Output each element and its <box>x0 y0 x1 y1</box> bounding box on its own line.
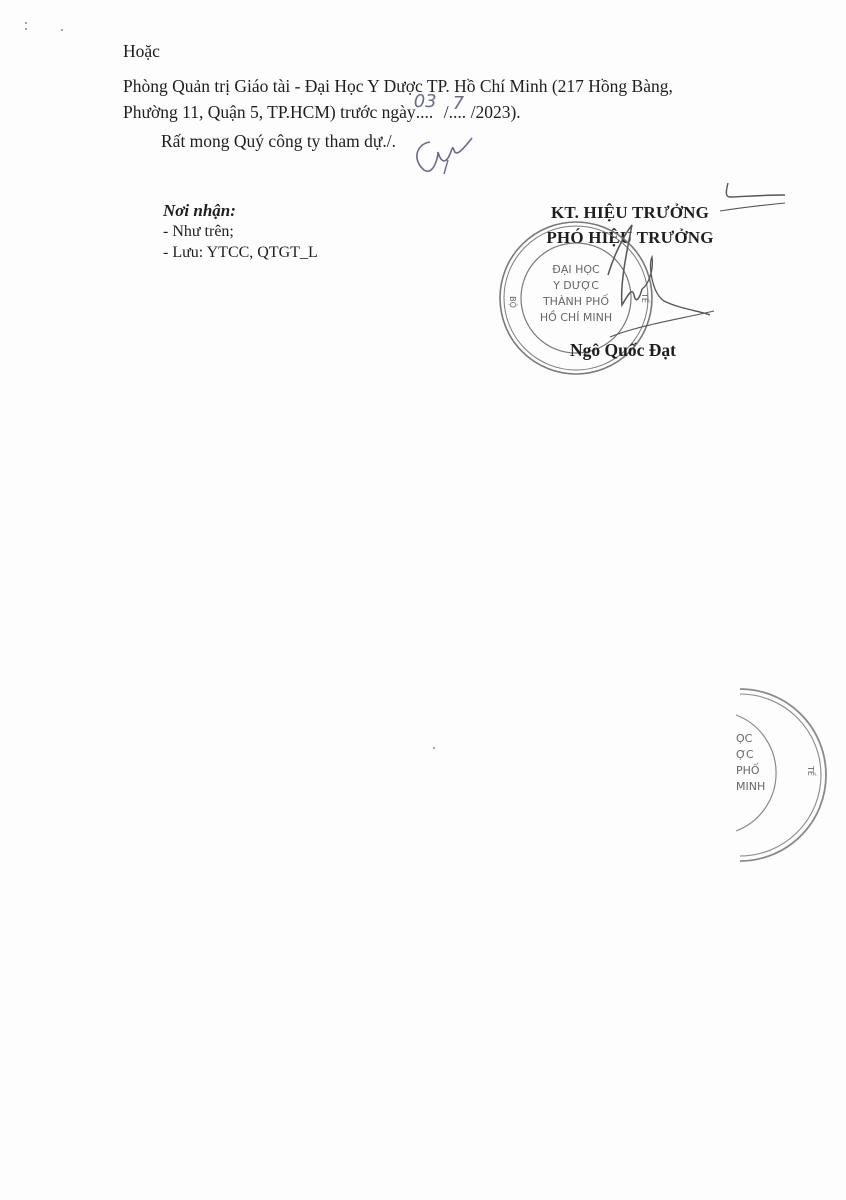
recipients-block: Nơi nhận: - Như trên; - Lưu: YTCC, QTGT_… <box>163 200 318 263</box>
partial-stamp-line: ỢC <box>736 748 754 761</box>
recipient-item: - Như trên; <box>163 221 318 242</box>
partial-stamp-right-mark: TẾ <box>806 765 817 777</box>
handwritten-signature <box>580 175 790 355</box>
partial-stamp-line: MINH <box>736 780 765 793</box>
recipient-item: - Lưu: YTCC, QTGT_L <box>163 242 318 263</box>
partial-stamp-line: PHỐ <box>736 763 760 777</box>
handwritten-day: 03 <box>414 89 437 115</box>
para-or: Hoặc <box>123 38 160 64</box>
deadline-date: ..03../..7../2023 <box>416 102 511 122</box>
address-line2-suffix: ). <box>510 102 520 122</box>
initial-signature-mark <box>408 130 478 180</box>
signer-name: Ngô Quốc Đạt <box>570 340 676 361</box>
deadline-year: 2023 <box>475 102 510 122</box>
handwritten-month: 7 <box>453 91 464 117</box>
para-address-line1: Phòng Quản trị Giáo tài - Đại Học Y Dược… <box>123 73 773 99</box>
stamp-left-mark: BỘ <box>508 296 519 308</box>
recipients-title: Nơi nhận: <box>163 200 318 221</box>
closing-line: Rất mong Quý công ty tham dự./. <box>161 128 396 154</box>
para-address-line2: Phường 11, Quận 5, TP.HCM) trước ngày..0… <box>123 99 521 125</box>
address-line2-prefix: Phường 11, Quận 5, TP.HCM) trước ngày <box>123 102 416 122</box>
scanned-document-page: Hoặc Phòng Quản trị Giáo tài - Đại Học Y… <box>0 0 846 1200</box>
partial-stamp-line: ỌC <box>736 732 753 745</box>
partial-stamp-icon: ỌC ỢC PHỐ MINH TẾ <box>640 685 810 865</box>
